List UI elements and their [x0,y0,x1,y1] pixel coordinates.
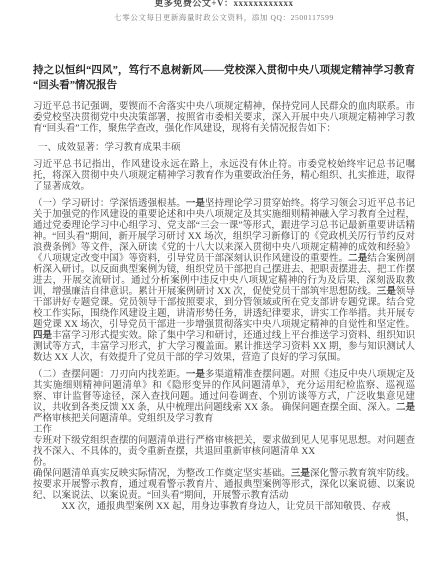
emphasis-run: 二是 [396,403,415,413]
text-run: 丰富学习形式提实效。除了集中学习和研讨，还通过线上平台推送学习资料、组织知识测试… [33,331,415,363]
emphasis-run: 一是 [186,370,205,380]
emphasis-run: 二是 [348,254,367,264]
text-run: （一）学习研讨：学深悟透强根基。 [33,199,186,209]
document-paragraph: （二）查摆问题：刀刃向内找差距。一是多渠道精准查摆问题。对照《违反中央八项规定及… [33,370,415,513]
document-title: 持之以恒纠“四风”，笃行不息树新风——党校深入贯彻中央八项规定精神学习教育“回头… [33,63,415,93]
document: 持之以恒纠“四风”，笃行不息树新风——党校深入贯彻中央八项规定精神学习教育“回头… [0,63,448,524]
emphasis-run: 三是 [291,469,310,479]
text-run: 惧， [396,513,415,523]
header: 更多免费公文+V：xxxxxxxxxxxx 七零公文每日更新海量时政公文资料，添… [0,0,448,23]
section-heading: 一、成效显著：学习教育成果丰硕 [33,143,415,154]
document-paragraph: （一）学习研讨：学深悟透强根基。一是坚持理论学习贯穿始终。将学习领会习近平总书记… [33,199,415,364]
text-run: （二）查摆问题：刀刃向内找差距。 [33,370,186,380]
text-run: 一、成效显著：学习教育成果丰硕 [38,143,181,153]
promo-line-1: 更多免费公文+V：xxxxxxxxxxxx [0,0,448,9]
document-paragraph: 惧， [33,513,415,524]
document-paragraph: 习近平总书记指出，作风建设永远在路上，永远没有休止符。市委党校始终牢记总书记嘱托… [33,160,415,193]
promo-line-2: 七零公文每日更新海量时政公文资料，添加 QQ：2500117599 [0,12,448,23]
emphasis-run: 三是 [377,287,396,297]
emphasis-run: 一是 [186,199,205,209]
document-paragraph: 习近平总书记强调，要锲而不舍落实中央八项规定精神，保持党同人民群众的血肉联系。市… [33,102,415,135]
text-run: 习近平总书记强调，要锲而不舍落实中央八项规定精神，保持党同人民群众的血肉联系。市… [33,102,415,134]
text-run: 习近平总书记指出，作风建设永远在路上，永远没有休止符。市委党校始终牢记总书记嘱托… [33,160,415,192]
document-body: 习近平总书记强调，要锲而不舍落实中央八项规定精神，保持党同人民群众的血肉联系。市… [33,102,415,524]
emphasis-run: 四是 [33,331,52,341]
page: { "colors": { "background": "#ffffff", "… [0,0,448,580]
